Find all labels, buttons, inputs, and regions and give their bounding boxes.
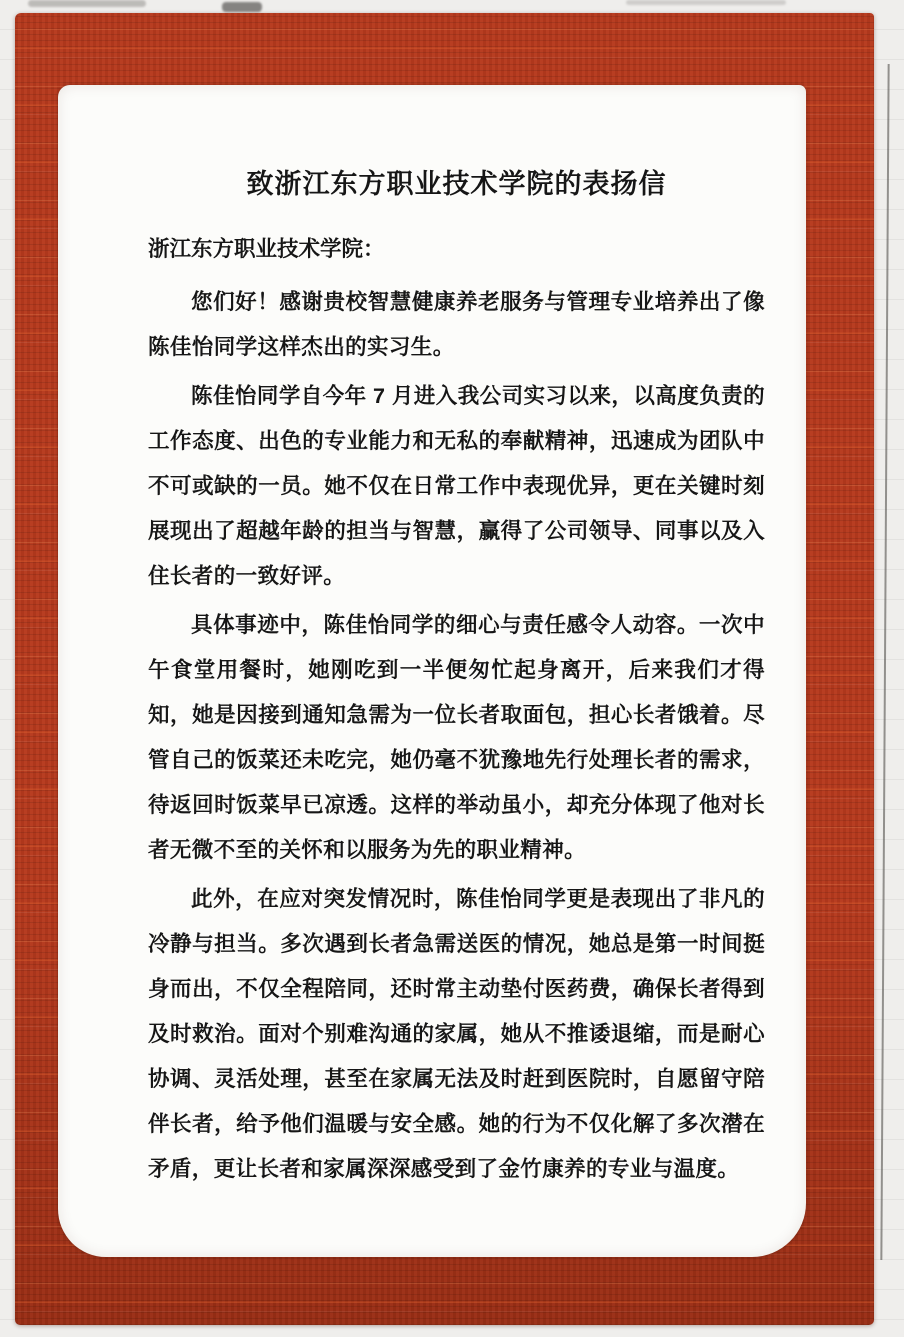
letter-paragraph-cafeteria-story: 具体事迹中，陈佳怡同学的细心与责任感令人动容。一次中午食堂用餐时，她刚吃到一半便… (148, 603, 765, 873)
scanned-letter-photo: 致浙江东方职业技术学院的表扬信 浙江东方职业技术学院： 您们好！感谢贵校智慧健康… (0, 0, 904, 1337)
letter-paragraph-overview: 陈佳怡同学自今年 7 月进入我公司实习以来，以高度负责的工作态度、出色的专业能力… (148, 374, 765, 599)
red-fabric-mat: 致浙江东方职业技术学院的表扬信 浙江东方职业技术学院： 您们好！感谢贵校智慧健康… (15, 13, 874, 1325)
letter-paragraph-emergency-story: 此外，在应对突发情况时，陈佳怡同学更是表现出了非凡的冷静与担当。多次遇到长者急需… (148, 877, 765, 1192)
scan-smudge-artifact (222, 2, 262, 12)
letter-paper: 致浙江东方职业技术学院的表扬信 浙江东方职业技术学院： 您们好！感谢贵校智慧健康… (58, 85, 806, 1257)
scan-smudge-artifact (28, 0, 146, 7)
scan-edge-line-artifact (880, 64, 889, 1260)
letter-paragraph-greeting: 您们好！感谢贵校智慧健康养老服务与管理专业培养出了像陈佳怡同学这样杰出的实习生。 (148, 280, 765, 370)
scan-smudge-artifact (626, 0, 786, 5)
letter-title: 致浙江东方职业技术学院的表扬信 (148, 163, 765, 205)
letter-salutation: 浙江东方职业技术学院： (148, 227, 765, 272)
